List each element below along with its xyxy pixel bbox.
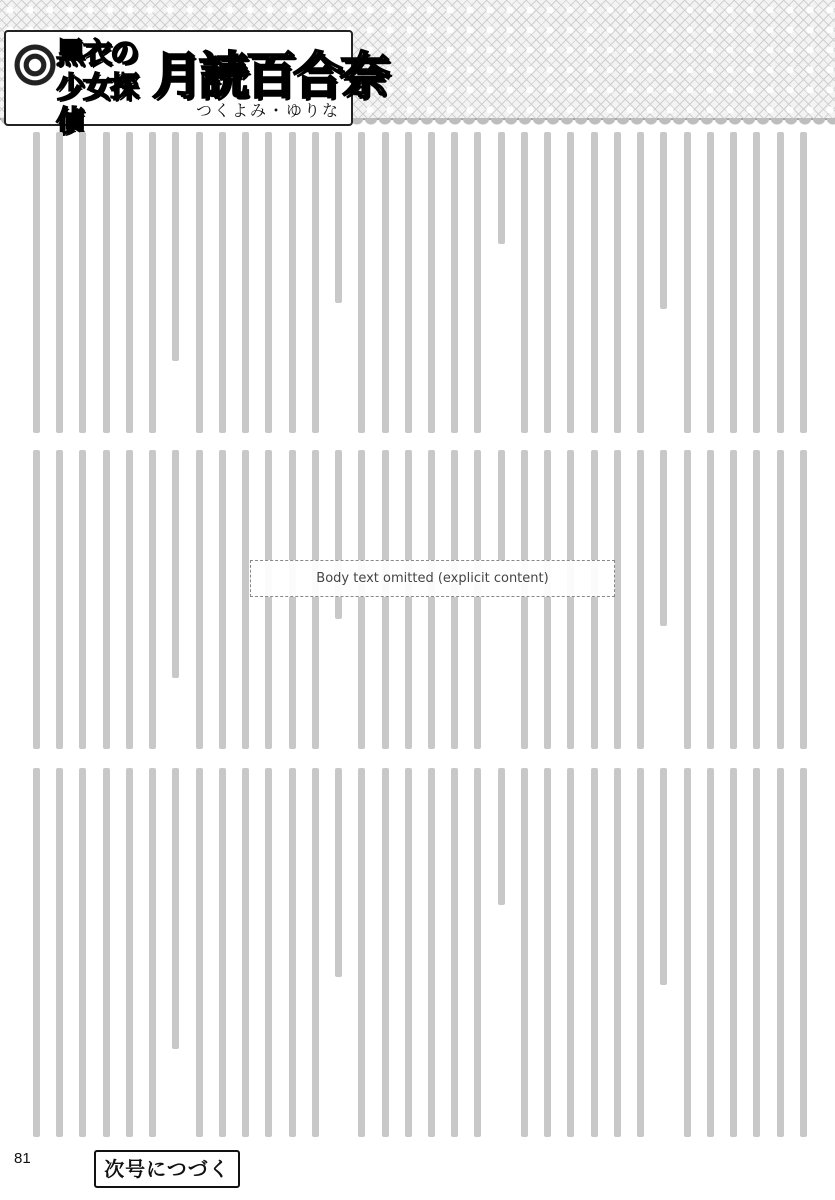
text-column: [307, 450, 324, 758]
text-column: [679, 768, 696, 1148]
text-column: [121, 132, 138, 442]
text-column: [400, 768, 417, 1148]
text-column: [493, 768, 510, 1148]
page-number: 81: [14, 1150, 31, 1167]
text-column: [586, 132, 603, 442]
text-column: [469, 132, 486, 442]
text-column: [307, 132, 324, 442]
text-column: [655, 132, 672, 442]
text-column: [307, 768, 324, 1148]
series-title: 黒衣の少女探偵: [56, 36, 148, 138]
text-column: [795, 768, 812, 1148]
text-column: [725, 450, 742, 758]
text-column: [539, 450, 556, 758]
text-column: [51, 768, 68, 1148]
text-column: [144, 450, 161, 758]
text-column: [725, 132, 742, 442]
text-column: [51, 132, 68, 442]
text-column: [725, 768, 742, 1148]
text-column: [493, 132, 510, 442]
text-column: [795, 450, 812, 758]
text-column: [121, 768, 138, 1148]
text-column: [237, 768, 254, 1148]
text-column: [98, 768, 115, 1148]
text-column: [772, 450, 789, 758]
text-column: [260, 450, 277, 758]
text-column: [377, 450, 394, 758]
omitted-text-notice: Body text omitted (explicit content): [250, 560, 615, 597]
text-column: [400, 450, 417, 758]
text-column: [353, 132, 370, 442]
text-column: [74, 132, 91, 442]
title-logo: 黒衣の少女探偵 月読百合奈 つくよみ・ゆりな: [4, 30, 353, 126]
text-column: [655, 450, 672, 758]
text-column: [702, 450, 719, 758]
text-column: [284, 132, 301, 442]
text-column: [516, 450, 533, 758]
text-column: [586, 450, 603, 758]
text-column: [423, 768, 440, 1148]
text-column: [469, 768, 486, 1148]
text-column: [748, 132, 765, 442]
text-column: [377, 768, 394, 1148]
text-column: [632, 768, 649, 1148]
text-column: [330, 132, 347, 442]
text-column: [98, 450, 115, 758]
text-column: [748, 450, 765, 758]
text-column: [191, 768, 208, 1148]
text-column: [795, 132, 812, 442]
text-column: [702, 768, 719, 1148]
text-column: [586, 768, 603, 1148]
text-column: [353, 768, 370, 1148]
text-column: [423, 132, 440, 442]
text-column: [214, 132, 231, 442]
text-column: [330, 450, 347, 758]
text-column: [609, 132, 626, 442]
character-reading: つくよみ・ゆりな: [196, 98, 340, 121]
text-tier-1: [28, 132, 818, 442]
text-column: [679, 450, 696, 758]
text-column: [377, 132, 394, 442]
text-column: [191, 132, 208, 442]
text-column: [237, 450, 254, 758]
text-column: [51, 450, 68, 758]
text-column: [562, 132, 579, 442]
text-column: [655, 768, 672, 1148]
text-column: [632, 450, 649, 758]
text-column: [330, 768, 347, 1148]
text-column: [562, 450, 579, 758]
text-column: [284, 450, 301, 758]
text-column: [214, 450, 231, 758]
text-column: [353, 450, 370, 758]
text-column: [516, 132, 533, 442]
rose-emblem-icon: [12, 42, 58, 88]
text-column: [493, 450, 510, 758]
text-column: [121, 450, 138, 758]
text-column: [446, 132, 463, 442]
text-column: [28, 450, 45, 758]
text-column: [562, 768, 579, 1148]
text-column: [167, 450, 184, 758]
text-column: [237, 132, 254, 442]
text-column: [74, 450, 91, 758]
text-column: [74, 768, 91, 1148]
text-column: [772, 132, 789, 442]
text-column: [191, 450, 208, 758]
text-column: [98, 132, 115, 442]
text-column: [446, 768, 463, 1148]
text-column: [423, 450, 440, 758]
text-column: [516, 768, 533, 1148]
text-column: [679, 132, 696, 442]
text-column: [539, 768, 556, 1148]
text-column: [702, 132, 719, 442]
to-be-continued-box: 次号につづく: [94, 1150, 240, 1188]
text-column: [446, 450, 463, 758]
text-column: [167, 768, 184, 1148]
text-column: [214, 768, 231, 1148]
text-column: [772, 768, 789, 1148]
text-column: [284, 768, 301, 1148]
text-column: [539, 132, 556, 442]
text-column: [609, 768, 626, 1148]
text-column: [609, 450, 626, 758]
text-column: [400, 132, 417, 442]
text-column: [28, 132, 45, 442]
text-column: [28, 768, 45, 1148]
text-tier-2: [28, 450, 818, 758]
text-column: [260, 768, 277, 1148]
text-column: [632, 132, 649, 442]
text-column: [167, 132, 184, 442]
text-column: [748, 768, 765, 1148]
text-column: [144, 768, 161, 1148]
text-column: [469, 450, 486, 758]
text-column: [260, 132, 277, 442]
text-column: [144, 132, 161, 442]
text-tier-3: [28, 768, 818, 1148]
